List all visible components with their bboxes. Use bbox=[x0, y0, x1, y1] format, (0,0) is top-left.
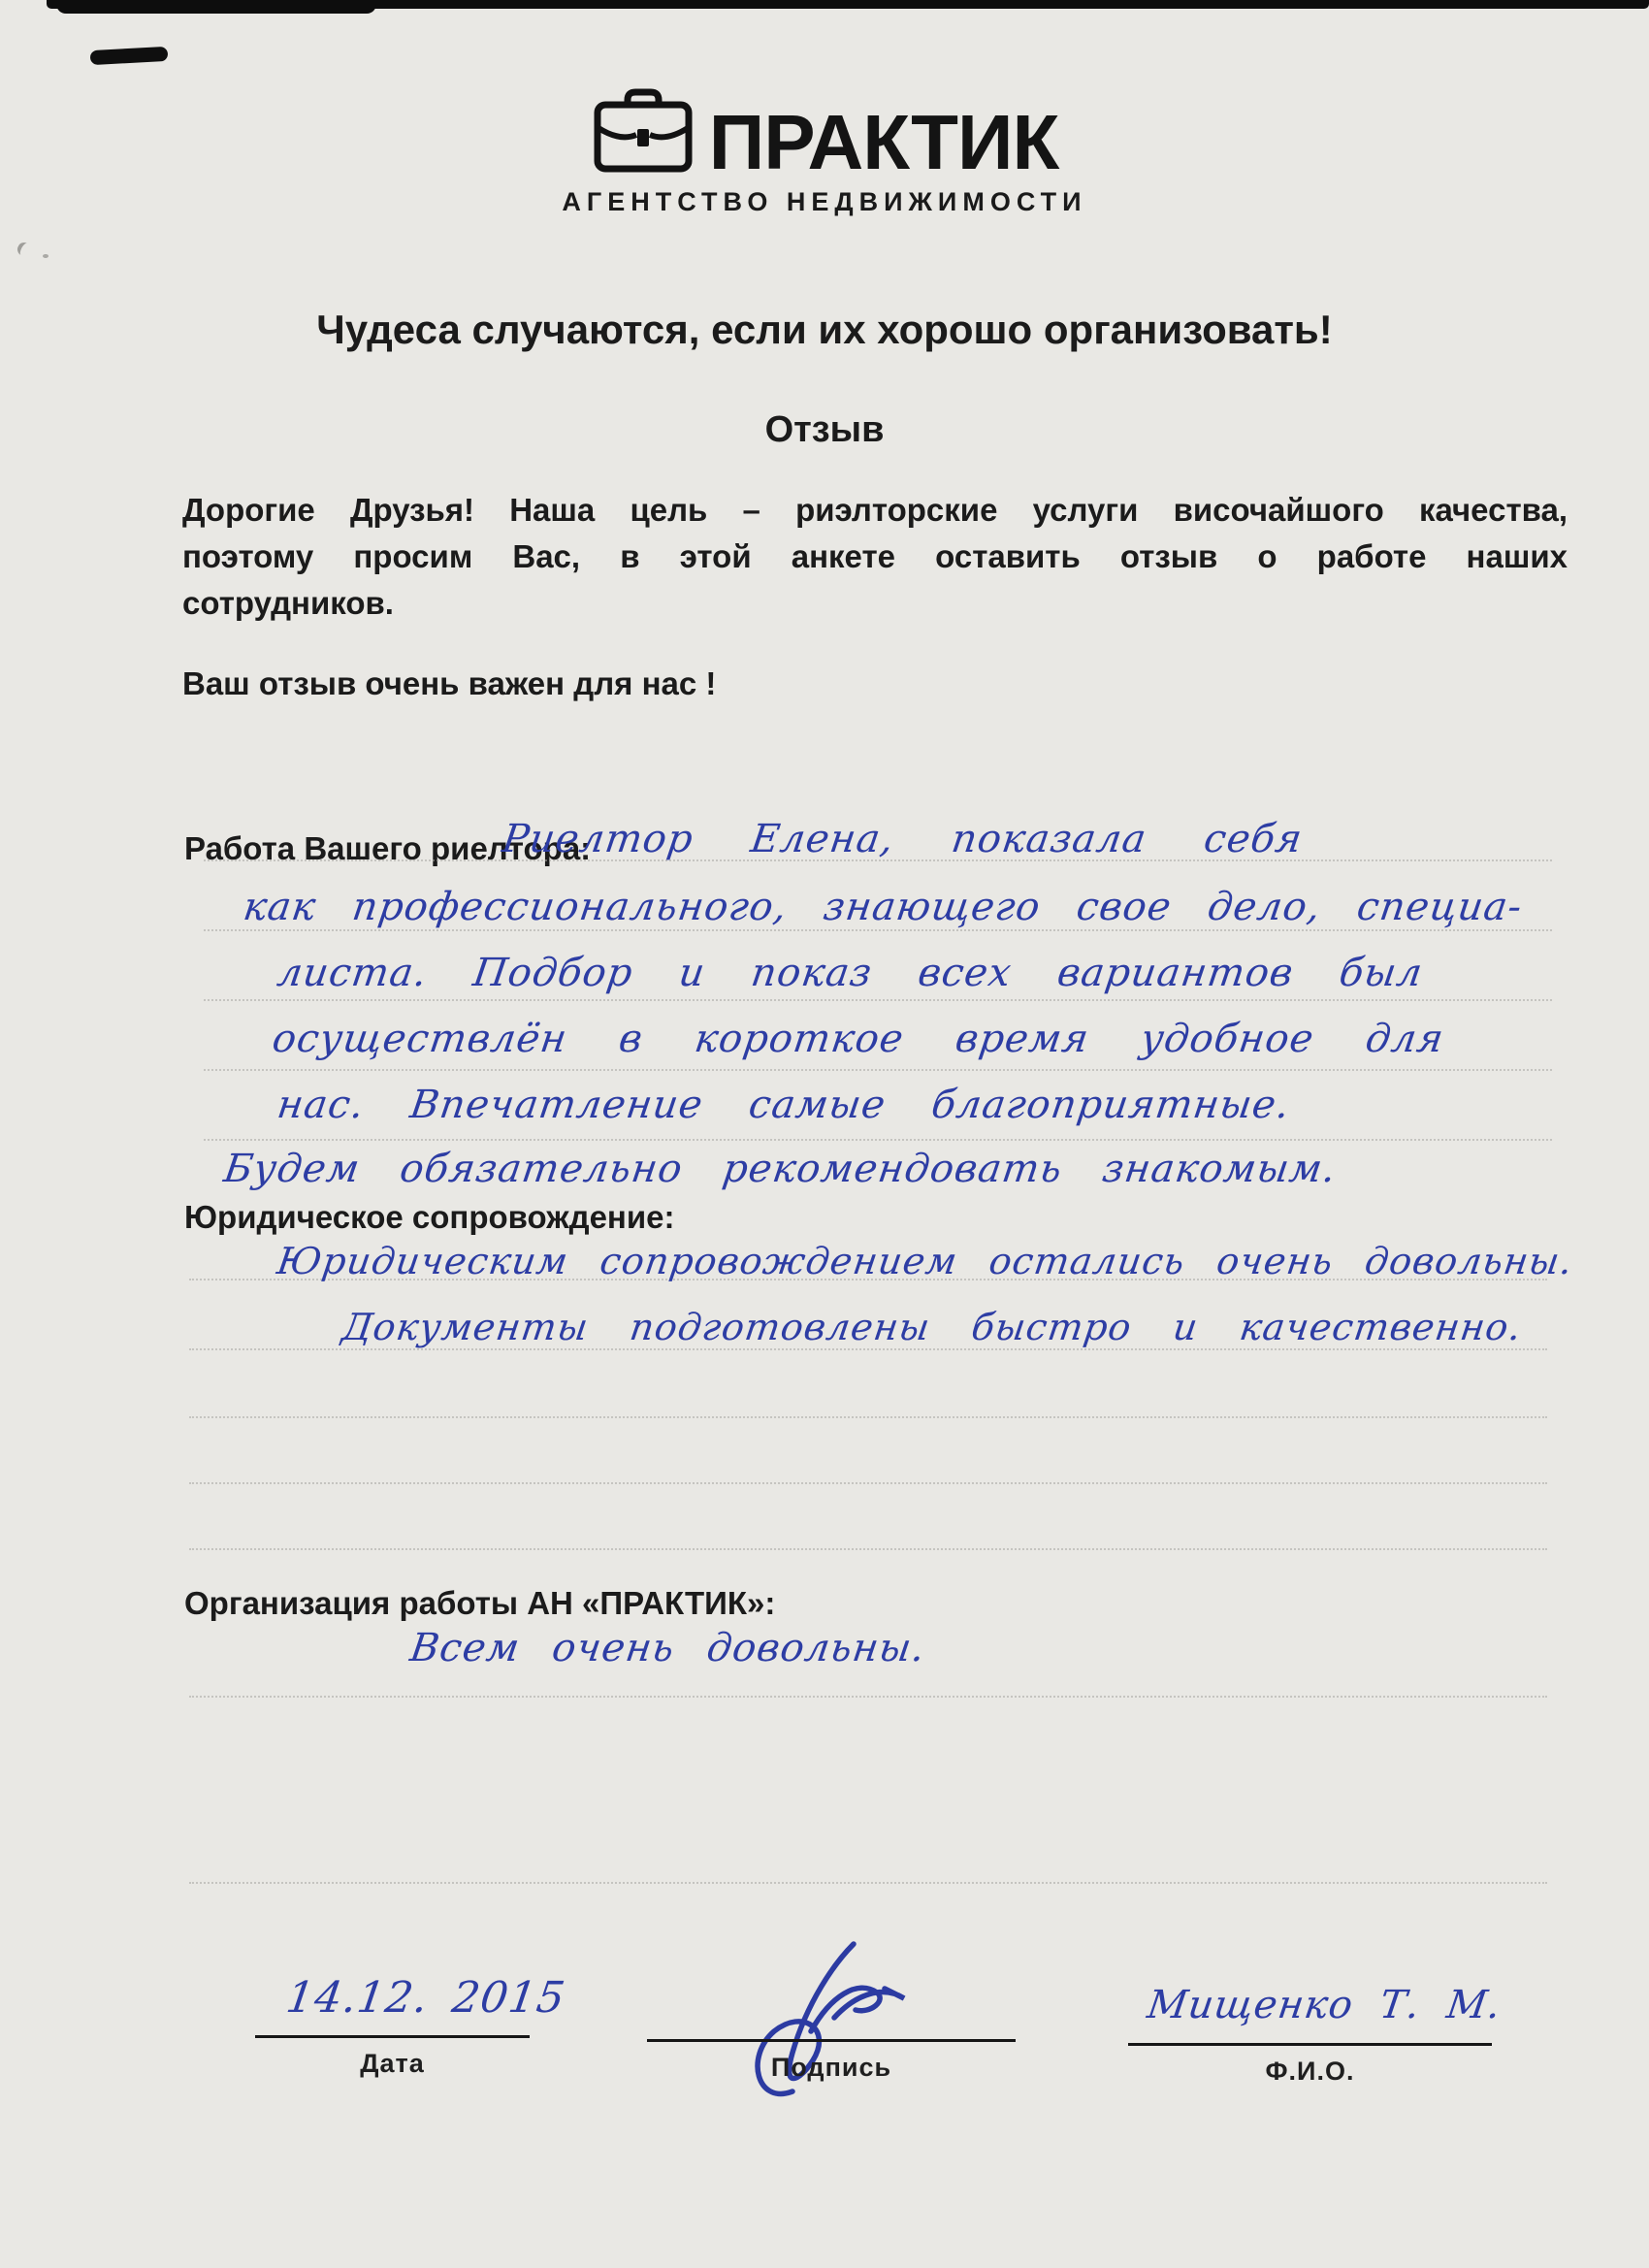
ruled-line bbox=[204, 1139, 1552, 1141]
scanned-feedback-form: ПРАКТИК АГЕНТСТВО НЕДВИЖИМОСТИ Чудеса сл… bbox=[0, 0, 1649, 2268]
ruled-line bbox=[204, 929, 1552, 931]
scan-artifact-tick bbox=[16, 241, 34, 259]
intro-line: Дорогие Друзья! Наша цель – риэлторские … bbox=[182, 487, 1568, 534]
ruled-line bbox=[189, 1416, 1547, 1418]
date-field-label: Дата bbox=[255, 2049, 530, 2079]
handwriting-line: осуществлён в короткое время удобное для bbox=[270, 1017, 1447, 1061]
intro-line: сотрудников. bbox=[182, 580, 1568, 627]
section-label-legal-support: Юридическое сопровождение: bbox=[184, 1199, 675, 1236]
ruled-line bbox=[189, 1696, 1547, 1698]
agency-logo: ПРАКТИК АГЕНТСТВО НЕДВИЖИМОСТИ bbox=[0, 85, 1649, 217]
form-title: Отзыв bbox=[0, 409, 1649, 451]
briefcase-icon bbox=[591, 85, 695, 179]
scan-artifact-top-band bbox=[47, 0, 1649, 9]
handwriting-line: Юридическим сопровождением остались очен… bbox=[275, 1240, 1575, 1282]
ruled-line bbox=[189, 1348, 1547, 1350]
handwriting-line: листа. Подбор и показ всех вариантов был bbox=[275, 951, 1426, 995]
signature-underline bbox=[647, 2010, 1016, 2042]
handwriting-line: Будем обязательно рекомендовать знакомым… bbox=[221, 1147, 1340, 1191]
ruled-line bbox=[189, 1548, 1547, 1550]
logo-name: ПРАКТИК bbox=[709, 106, 1059, 179]
ruled-line bbox=[204, 1069, 1552, 1071]
intro-line: поэтому просим Вас, в этой анкете остави… bbox=[182, 534, 1568, 580]
handwriting-line: нас. Впечатление самые благоприятные. bbox=[275, 1083, 1293, 1127]
handwriting-line: Риелтор Елена, показала себя bbox=[500, 817, 1306, 861]
ruled-line bbox=[189, 1882, 1547, 1884]
handwriting-line: как профессионального, знающего свое дел… bbox=[241, 885, 1525, 929]
name-field-label: Ф.И.О. bbox=[1128, 2057, 1492, 2087]
scan-artifact-dash bbox=[90, 47, 169, 65]
ruled-line bbox=[204, 999, 1552, 1001]
ruled-line bbox=[189, 1482, 1547, 1484]
logo-subtitle: АГЕНТСТВО НЕДВИЖИМОСТИ bbox=[0, 187, 1649, 217]
name-underline bbox=[1128, 2014, 1492, 2046]
section-label-agency-organization: Организация работы АН «ПРАКТИК»: bbox=[184, 1585, 775, 1622]
signature-field-label: Подпись bbox=[647, 2053, 1016, 2083]
handwriting-line: Всем очень довольны. bbox=[407, 1626, 928, 1670]
scan-artifact-dot bbox=[43, 254, 48, 258]
headline: Чудеса случаются, если их хорошо организ… bbox=[0, 307, 1649, 353]
handwriting-line: Документы подготовлены быстро и качестве… bbox=[339, 1306, 1525, 1348]
intro-paragraph: Дорогие Друзья! Наша цель – риэлторские … bbox=[182, 487, 1568, 627]
date-underline bbox=[255, 2006, 530, 2038]
intro-note: Ваш отзыв очень важен для нас ! bbox=[182, 665, 716, 702]
